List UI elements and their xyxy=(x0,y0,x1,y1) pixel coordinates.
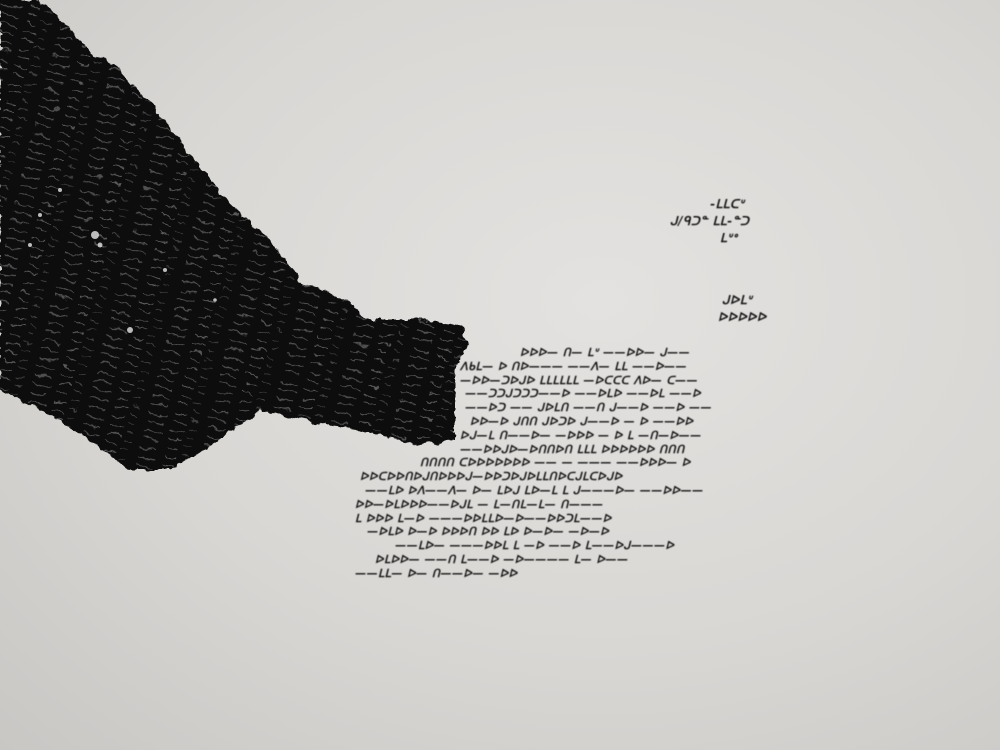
script-line: ᐅᐅ—ᐅᒪᐅᐅᐅ——ᐅᒍᒪ — ᒪ—ᑎᒪ—ᒪ— ᑎ——— xyxy=(355,498,712,512)
script-heading-mid: ᒍᐅᒪᐡ ᐅᐅᐅᐅᐅ xyxy=(718,292,767,326)
script-line: ——ᒪᐅ— ———ᐅᐅᒪ ᒪ —ᐅ ——ᐅ ᒪ——ᐅᒍ———ᐅ xyxy=(355,539,712,553)
script-line: ᐅᒍ—ᒪ ᑎ——ᐅ— —ᐅᐅᐅ — ᐅ ᒪ —ᑎ—ᐅ—— xyxy=(355,429,712,443)
script-line: ——ᑐᑐᒍᑐᑐᑐ——ᐅ ——ᐅᒪᐅ ——ᐅᒪ ——ᐅ xyxy=(355,387,712,401)
script-line: ᒍᐅᒪᐡ xyxy=(718,292,767,309)
script-line: —ᐅᒪᐅ ᐅ—ᐅ ᐅᐅᐅᑎ ᐅᐅ ᒪᐅ ᐅ—ᐅ— —ᐅ—ᐅ xyxy=(355,525,712,539)
script-line: ——ᒪᒪ— ᐅ— ᑎ——ᐅ— —ᐅᐅ xyxy=(355,567,712,581)
script-line: ᐅᒪᐅᐅ— ——ᑎ ᒪ——ᐅ —ᐅ———— ᒪ— ᐅ—— xyxy=(355,553,712,567)
script-line: ᐅᐅᐅ— ᑎ— ᒪᐡ ——ᐅᐅ— ᒍ—— xyxy=(355,346,712,360)
script-line: —ᐅᐅ—ᑐᐅᒍᐅ ᒪᒪᒪᒪᒪᒪ —ᐅᑕᑕᑕ ᐱᐅ— ᑕ—— xyxy=(355,374,712,388)
script-line: ᒍ/ᑫᑐᓐ ᒪᒪ-ᓐᑐ xyxy=(670,213,749,230)
script-line: ᒪᐡᐤ xyxy=(670,230,749,247)
script-line: ——ᐅᐅᒍᐅ—ᐅᑎᑎᐅᑎ ᒪᒪᒪ ᐅᐅᐅᐅᐅᐅ ᑎᑎᑎ xyxy=(355,443,712,457)
script-line: ——ᒪᐅ ᐅᐱ——ᐱ— ᐅ— ᒪᐅᒍ ᒪᐅ—ᒪ ᒪ ᒍ———ᐅ— ——ᐅᐅ—— xyxy=(355,484,712,498)
script-line: ᐱᑲᒪ— ᐅ ᑎᐅ——— ——ᐱ— ᒪᒪ ——ᐅ—— xyxy=(355,360,712,374)
script-line: ᑎᑎᑎᑎ ᑕᐅᐅᐅᐅᐅᐅᐅ —— — ——— ——ᐅᐅᐅ— ᐅ xyxy=(355,456,712,470)
script-heading-top: -ᒪᒪᑕᐡ ᒍ/ᑫᑐᓐ ᒪᒪ-ᓐᑐ ᒪᐡᐤ xyxy=(670,196,749,247)
script-line: ——ᐅᑐ —— ᒍᐅᒪᑎ ——ᑎ ᒍ——ᐅ ——ᐅ —— xyxy=(355,401,712,415)
script-line: ᐅᐅᑕᐅᐅᑎᐅᒍᑎᐅᐅᐅᒍ—ᐅᐅᑐᐅᒍᐅᒪᒪᑎᐅᑕᒍᒪᑕᐅᒍᐅ xyxy=(355,470,712,484)
script-line: -ᒪᒪᑕᐡ xyxy=(670,196,749,213)
script-line: ᒪ ᐅᐅᐅ ᒪ—ᐅ ———ᐅᐅᒪᒪᐅ—ᐅ——ᐅᐅᑐᒪ——ᐅ xyxy=(355,512,712,526)
script-text-block: ᐅᐅᐅ— ᑎ— ᒪᐡ ——ᐅᐅ— ᒍ—— ᐱᑲᒪ— ᐅ ᑎᐅ——— ——ᐱ— ᒪ… xyxy=(355,346,712,581)
script-line: ᐅᐅ—ᐅ ᒍᑎᑎ ᒍᐅᑐᐅ ᒍ——ᐅ — ᐅ ——ᐅᐅ xyxy=(355,415,712,429)
script-line: ᐅᐅᐅᐅᐅ xyxy=(718,309,767,326)
